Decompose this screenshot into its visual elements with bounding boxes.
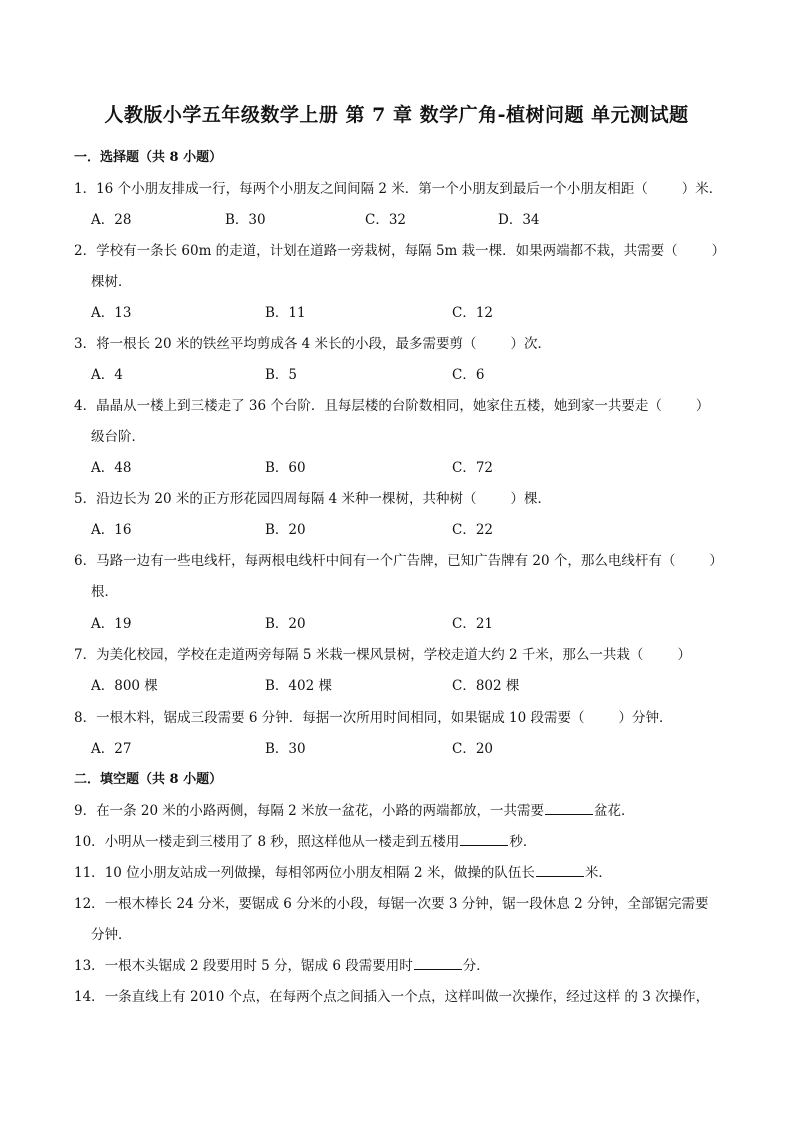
answer-blank[interactable] [460, 831, 508, 846]
question-text-end: ） [709, 553, 723, 569]
answer-blank[interactable] [545, 800, 593, 815]
question-text-end: 盆花． [594, 803, 635, 819]
question-text: 为美化校园，学校在走道两旁每隔 5 米栽一棵风景树，学校走道大约 2 千米，那么… [96, 647, 643, 663]
question-2-continuation: 棵树． [91, 270, 132, 290]
question-12: 12．一根木棒长 24 分米，要锯成 6 分米的小段，每锯一次要 3 分钟，锯一… [74, 892, 708, 912]
question-10: 10．小明从一楼走到三楼用了 8 秒，照这样他从一楼走到五楼用秒． [74, 830, 536, 850]
option-b: B．11 [265, 301, 306, 321]
question-12-continuation: 分钟． [91, 923, 132, 943]
question-text-end: 米． [585, 865, 612, 881]
question-text-end: 秒． [509, 834, 536, 850]
question-text: 一条直线上有 2010 个点，在每两个点之间插入一个点，这样叫做一次操作，经过这… [105, 989, 709, 1005]
option-c: C．22 [452, 518, 493, 538]
question-number: 14． [74, 989, 105, 1005]
question-text: 学校有一条长 60m 的走道，计划在道路一旁栽树，每隔 5m 栽一棵．如果两端都… [96, 243, 678, 259]
question-text: 晶晶从一楼上到三楼走了 36 个台阶．且每层楼的台阶数相同，她家住五楼，她到家一… [96, 398, 662, 414]
option-b: B．402 棵 [265, 674, 332, 694]
option-a: A．19 [91, 612, 131, 632]
question-2: 2．学校有一条长 60m 的走道，计划在道路一旁栽树，每隔 5m 栽一棵．如果两… [74, 239, 725, 259]
question-6-continuation: 根． [91, 580, 118, 600]
question-number: 5． [74, 491, 96, 507]
question-9: 9．在一条 20 米的小路两侧，每隔 2 米放一盆花，小路的两端都放，一共需要盆… [74, 799, 635, 819]
option-b: B．20 [265, 612, 306, 632]
question-text-end: ）棵． [511, 491, 552, 507]
question-14: 14．一条直线上有 2010 个点，在每两个点之间插入一个点，这样叫做一次操作，… [74, 985, 709, 1005]
question-text-end: ）次． [511, 336, 552, 352]
question-text-end: ）米． [682, 181, 723, 197]
question-text: 将一根长 20 米的铁丝平均剪成各 4 米长的小段，最多需要剪（ [96, 336, 476, 352]
option-a: A．27 [91, 737, 131, 757]
option-c: C．12 [452, 301, 493, 321]
question-text: 一根木棒长 24 分米，要锯成 6 分米的小段，每锯一次要 3 分钟，锯一段休息… [105, 896, 709, 912]
option-c: C．6 [452, 363, 484, 383]
option-b: B．20 [265, 518, 306, 538]
question-number: 4． [74, 398, 96, 414]
question-8: 8．一根木料，锯成三段需要 6 分钟．每据一次所用时间相同，如果锯成 10 段需… [74, 706, 673, 726]
question-7: 7．为美化校园，学校在走道两旁每隔 5 米栽一棵风景树，学校走道大约 2 千米，… [74, 643, 691, 663]
question-text: 16 个小朋友排成一行，每两个小朋友之间间隔 2 米．第一个小朋友到最后一个小朋… [96, 181, 648, 197]
question-number: 10． [74, 834, 105, 850]
question-number: 3． [74, 336, 96, 352]
option-a: A．28 [91, 208, 131, 228]
option-a: A．4 [91, 363, 123, 383]
question-number: 6． [74, 553, 96, 569]
question-text: 一根木料，锯成三段需要 6 分钟．每据一次所用时间相同，如果锯成 10 段需要（ [96, 710, 584, 726]
question-text-end: ） [712, 243, 726, 259]
question-text-end: ） [677, 647, 691, 663]
option-b: B．30 [225, 208, 266, 228]
option-c: C．20 [452, 737, 493, 757]
question-text: 一根木头锯成 2 段要用时 5 分，锯成 6 段需要用时 [105, 958, 413, 974]
question-text: 马路一边有一些电线杆，每两根电线杆中间有一个广告牌，已知广告牌有 20 个，那么… [96, 553, 675, 569]
question-number: 1． [74, 181, 96, 197]
question-text-end: 分． [463, 958, 490, 974]
question-number: 7． [74, 647, 96, 663]
option-a: A．13 [91, 301, 131, 321]
question-6: 6．马路一边有一些电线杆，每两根电线杆中间有一个广告牌，已知广告牌有 20 个，… [74, 549, 723, 569]
question-number: 11． [74, 865, 105, 881]
question-text: 10 位小朋友站成一列做操，每相邻两位小朋友相隔 2 米，做操的队伍长 [105, 865, 535, 881]
question-number: 9． [74, 803, 96, 819]
option-c: C．72 [452, 456, 493, 476]
option-a: A．16 [91, 518, 131, 538]
answer-blank[interactable] [536, 862, 584, 877]
answer-blank[interactable] [414, 955, 462, 970]
question-text: 在一条 20 米的小路两侧，每隔 2 米放一盆花，小路的两端都放，一共需要 [96, 803, 544, 819]
question-text: 沿边长为 20 米的正方形花园四周每隔 4 米种一棵树，共种树（ [96, 491, 476, 507]
option-d: D．34 [498, 208, 540, 228]
option-c: C．21 [452, 612, 493, 632]
option-b: B．60 [265, 456, 306, 476]
question-number: 13． [74, 958, 105, 974]
question-11: 11．10 位小朋友站成一列做操，每相邻两位小朋友相隔 2 米，做操的队伍长米． [74, 861, 612, 881]
question-4-continuation: 级台阶． [91, 425, 145, 445]
question-13: 13．一根木头锯成 2 段要用时 5 分，锯成 6 段需要用时分． [74, 954, 490, 974]
question-1: 1．16 个小朋友排成一行，每两个小朋友之间间隔 2 米．第一个小朋友到最后一个… [74, 177, 722, 197]
document-page: 人教版小学五年级数学上册 第 7 章 数学广角-植树问题 单元测试题 一．选择题… [0, 0, 793, 1122]
section-heading-choice: 一．选择题（共 8 小题） [74, 146, 222, 165]
question-number: 2． [74, 243, 96, 259]
section-heading-fill: 二．填空题（共 8 小题） [74, 768, 222, 787]
option-c: C．802 棵 [452, 674, 519, 694]
question-text-end: ） [696, 398, 710, 414]
question-text: 小明从一楼走到三楼用了 8 秒，照这样他从一楼走到五楼用 [105, 834, 460, 850]
question-3: 3．将一根长 20 米的铁丝平均剪成各 4 米长的小段，最多需要剪（）次． [74, 332, 551, 352]
question-number: 8． [74, 710, 96, 726]
question-number: 12． [74, 896, 105, 912]
question-5: 5．沿边长为 20 米的正方形花园四周每隔 4 米种一棵树，共种树（）棵． [74, 487, 551, 507]
option-b: B．30 [265, 737, 306, 757]
option-a: A．800 棵 [91, 674, 158, 694]
option-a: A．48 [91, 456, 131, 476]
page-title: 人教版小学五年级数学上册 第 7 章 数学广角-植树问题 单元测试题 [0, 100, 793, 127]
question-text-end: ）分钟． [619, 710, 673, 726]
question-4: 4．晶晶从一楼上到三楼走了 36 个台阶．且每层楼的台阶数相同，她家住五楼，她到… [74, 394, 709, 414]
option-b: B．5 [265, 363, 297, 383]
option-c: C．32 [365, 208, 406, 228]
